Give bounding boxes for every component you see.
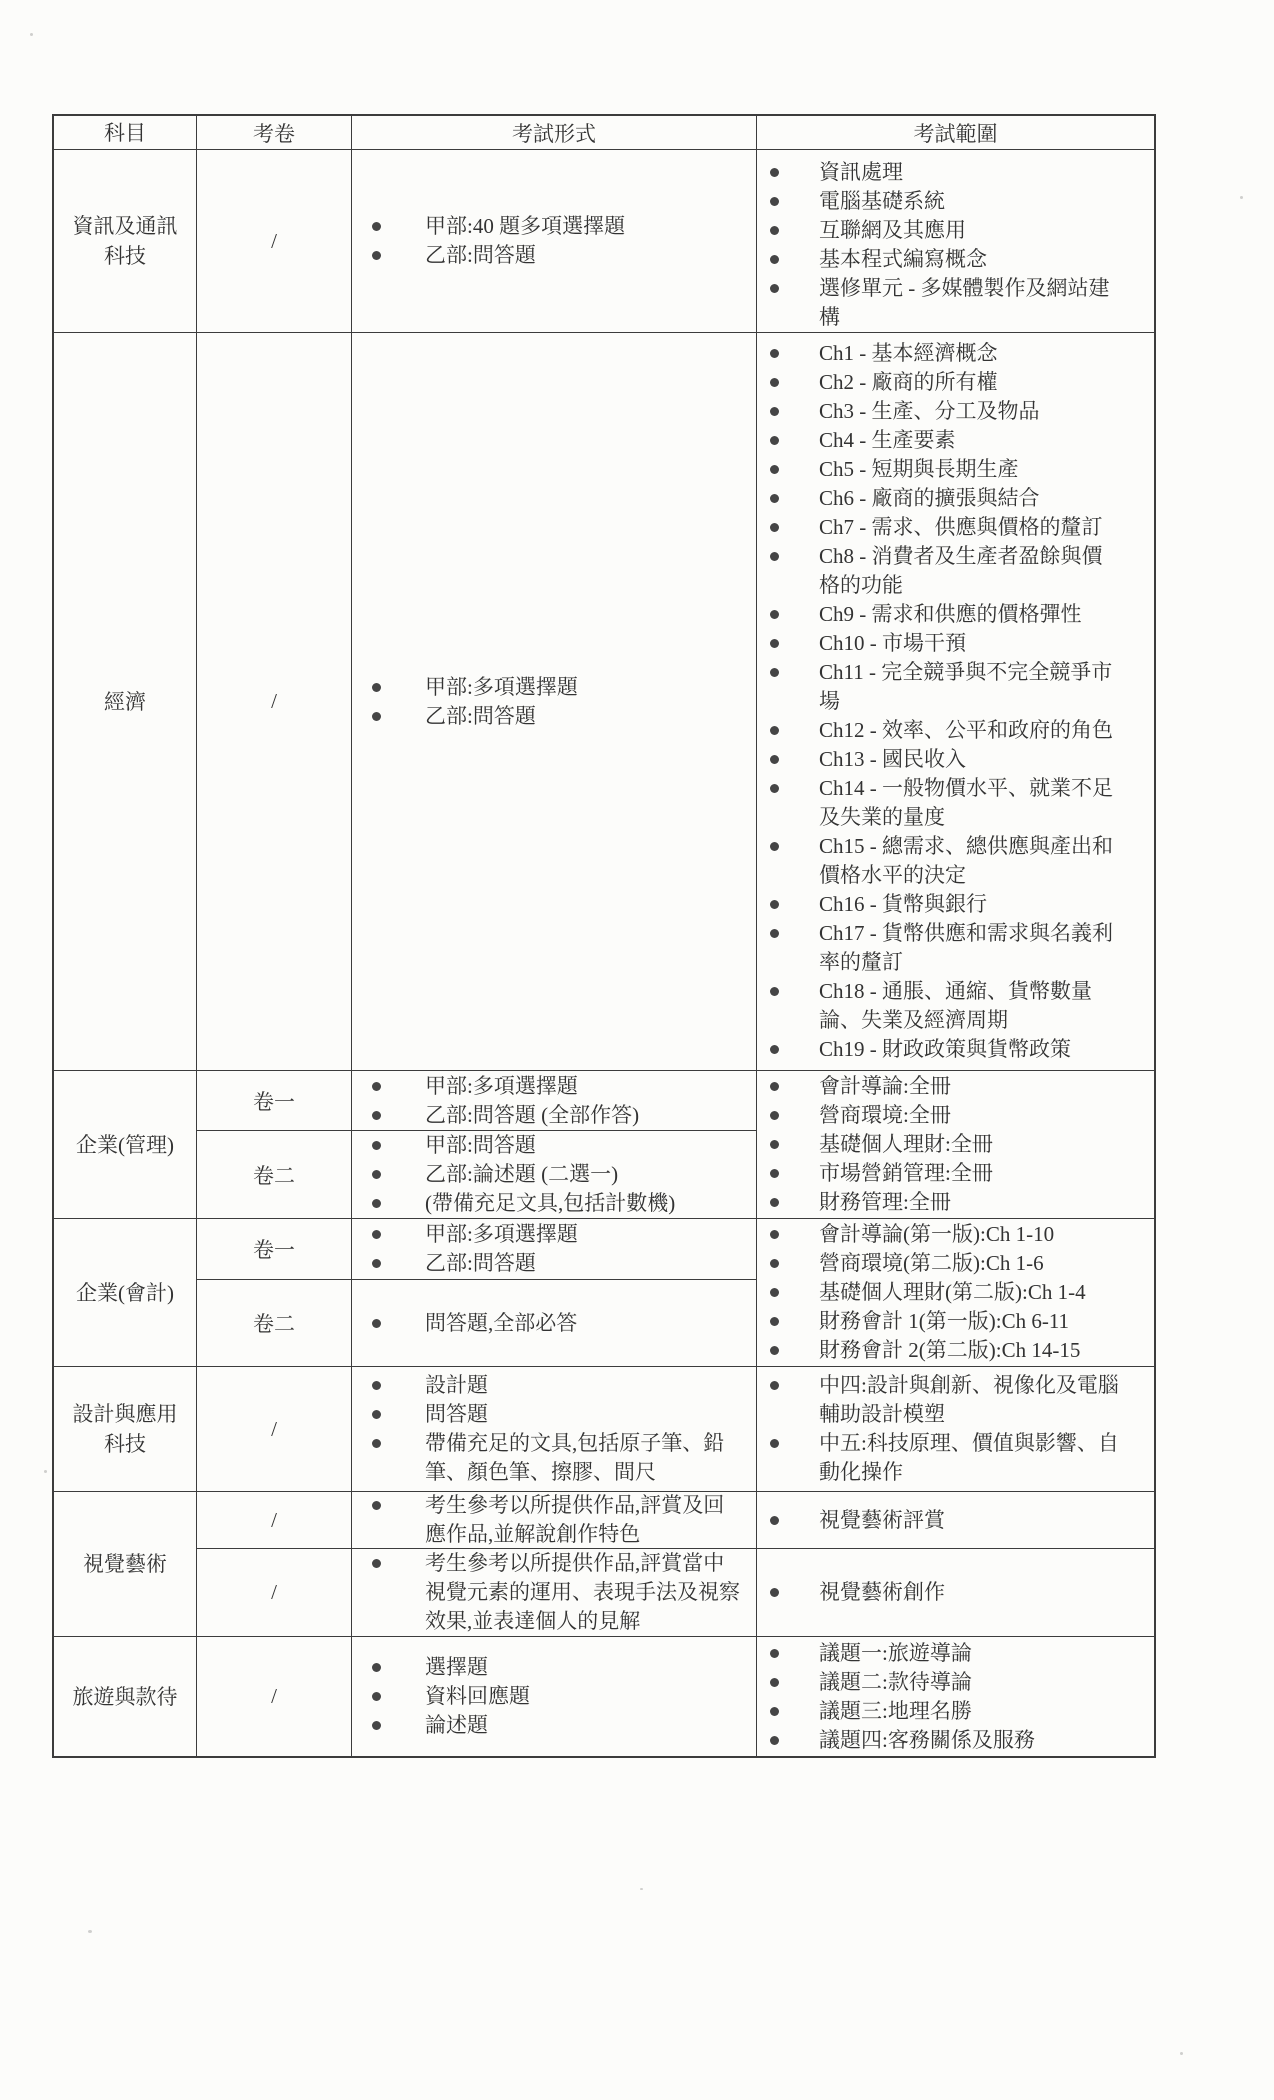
format-cell: 考生參考以所提供作品,評賞及回應作品,並解說創作特色 bbox=[352, 1492, 757, 1548]
paper-cell: 卷二 bbox=[197, 1131, 352, 1218]
scope-item-text: 議題二:款待導論 bbox=[819, 1668, 1121, 1697]
subject-cell: 旅遊與款待 bbox=[54, 1637, 197, 1756]
header-cell-scope: 考試範圍 bbox=[757, 116, 1154, 149]
bullet-icon bbox=[372, 1259, 381, 1268]
scope-item: 議題一:旅遊導論 bbox=[757, 1639, 1154, 1668]
scope-item: Ch19 - 財政政策與貨幣政策 bbox=[757, 1035, 1154, 1064]
paper-subrow: 卷一 甲部:多項選擇題 乙部:問答題 bbox=[197, 1219, 757, 1279]
scope-item: Ch5 - 短期與長期生產 bbox=[757, 455, 1154, 484]
format-item-text: 問答題,全部必答 bbox=[425, 1309, 743, 1338]
scope-item-text: 視覺藝術創作 bbox=[819, 1578, 1121, 1607]
scope-item-text: Ch6 - 廠商的擴張與結合 bbox=[819, 484, 1121, 513]
format-item: 考生參考以所提供作品,評賞及回應作品,並解說創作特色 bbox=[352, 1491, 756, 1549]
bullet-icon bbox=[372, 1381, 381, 1390]
format-item: 設計題 bbox=[352, 1371, 756, 1400]
scope-item: Ch13 - 國民收入 bbox=[757, 745, 1154, 774]
subject-text: 資訊及通訊 bbox=[73, 211, 178, 241]
scope-item-text: 營商環境(第二版):Ch 1-6 bbox=[819, 1249, 1121, 1278]
scope-item-text: Ch4 - 生產要素 bbox=[819, 426, 1121, 455]
format-item: 考生參考以所提供作品,評賞當中視覺元素的運用、表現手法及視察效果,並表達個人的見… bbox=[352, 1549, 756, 1636]
bullet-icon bbox=[770, 465, 779, 474]
format-item: 資料回應題 bbox=[352, 1682, 756, 1711]
paper-text: / bbox=[271, 689, 277, 714]
bullet-icon bbox=[770, 349, 779, 358]
subject-cell: 企業(會計) bbox=[54, 1219, 197, 1366]
paper-cell: / bbox=[197, 150, 352, 332]
format-item-text: 乙部:論述題 (二選一) bbox=[425, 1160, 743, 1189]
bullet-icon bbox=[770, 523, 779, 532]
bullet-icon bbox=[372, 251, 381, 260]
subject-cell: 資訊及通訊 科技 bbox=[54, 150, 197, 332]
scope-item-text: 會計導論:全冊 bbox=[819, 1072, 1121, 1101]
scope-item-text: Ch5 - 短期與長期生產 bbox=[819, 455, 1121, 484]
scope-item-text: Ch18 - 通脹、通縮、貨幣數量論、失業及經濟周期 bbox=[819, 977, 1121, 1035]
bullet-icon bbox=[770, 284, 779, 293]
header-paper-label: 考卷 bbox=[253, 118, 295, 148]
paper-text: 卷二 bbox=[253, 1160, 295, 1190]
format-item: 甲部:問答題 bbox=[352, 1131, 756, 1160]
bullet-icon bbox=[770, 552, 779, 561]
format-cell: 甲部:多項選擇題 乙部:問答題 bbox=[352, 333, 757, 1070]
bullet-icon bbox=[770, 668, 779, 677]
bullet-icon bbox=[770, 784, 779, 793]
scope-cell: 會計導論(第一版):Ch 1-10 營商環境(第二版):Ch 1-6 基礎個人理… bbox=[757, 1219, 1154, 1366]
paper-format-group: 卷一 甲部:多項選擇題 乙部:問答題 卷二 問答題,全部必答 bbox=[197, 1219, 757, 1366]
format-item-text: 問答題 bbox=[425, 1400, 743, 1429]
scope-item: Ch12 - 效率、公平和政府的角色 bbox=[757, 716, 1154, 745]
table-row-business-management: 企業(管理) 卷一 甲部:多項選擇題 乙部:問答題 (全部作答) 卷二 甲部:問… bbox=[54, 1070, 1154, 1218]
header-scope-label: 考試範圍 bbox=[914, 118, 998, 148]
scanned-page: 科目 考卷 考試形式 考試範圍 資訊及通訊 科技 / 甲部:40 題多項選擇題 … bbox=[0, 0, 1274, 2100]
scope-item-text: 議題四:客務關係及服務 bbox=[819, 1726, 1121, 1755]
format-cell: 甲部:40 題多項選擇題 乙部:問答題 bbox=[352, 150, 757, 332]
scope-item-text: 營商環境:全冊 bbox=[819, 1101, 1121, 1130]
format-item-text: 乙部:問答題 bbox=[425, 702, 743, 731]
scope-cell: 議題一:旅遊導論 議題二:款待導論 議題三:地理名勝 議題四:客務關係及服務 bbox=[757, 1637, 1154, 1756]
scope-item-text: Ch19 - 財政政策與貨幣政策 bbox=[819, 1035, 1121, 1064]
scan-speck bbox=[30, 33, 33, 36]
scan-speck bbox=[88, 1930, 92, 1933]
scope-item: 基礎個人理財:全冊 bbox=[757, 1130, 1154, 1159]
bullet-icon bbox=[770, 1439, 779, 1448]
subject-text: 企業(管理) bbox=[76, 1130, 174, 1160]
bullet-icon bbox=[372, 1199, 381, 1208]
format-item: 乙部:問答題 bbox=[352, 1249, 756, 1278]
subject-text: 視覺藝術 bbox=[83, 1549, 167, 1579]
format-item: 帶備充足的文具,包括原子筆、鉛筆、顏色筆、擦膠、間尺 bbox=[352, 1429, 756, 1487]
scope-item: 中五:科技原理、價值與影響、自動化操作 bbox=[757, 1429, 1154, 1487]
paper-subrow: 卷二 甲部:問答題 乙部:論述題 (二選一) (帶備充足文具,包括計數機) bbox=[197, 1130, 757, 1218]
format-item: 問答題 bbox=[352, 1400, 756, 1429]
scope-item-text: 基本程式編寫概念 bbox=[819, 245, 1121, 274]
paper-text: / bbox=[271, 1684, 277, 1709]
scope-item-text: Ch12 - 效率、公平和政府的角色 bbox=[819, 716, 1121, 745]
bullet-icon bbox=[770, 639, 779, 648]
format-item: 甲部:多項選擇題 bbox=[352, 1220, 756, 1249]
bullet-icon bbox=[770, 929, 779, 938]
scope-item: Ch3 - 生產、分工及物品 bbox=[757, 397, 1154, 426]
scope-item: Ch17 - 貨幣供應和需求與名義利率的釐訂 bbox=[757, 919, 1154, 977]
subject-text: 經濟 bbox=[104, 687, 146, 717]
header-cell-subject: 科目 bbox=[54, 116, 197, 149]
bullet-icon bbox=[770, 255, 779, 264]
bullet-icon bbox=[372, 1410, 381, 1419]
format-cell: 甲部:問答題 乙部:論述題 (二選一) (帶備充足文具,包括計數機) bbox=[352, 1131, 757, 1218]
subject-cell: 視覺藝術 bbox=[54, 1492, 197, 1636]
table-row-ict: 資訊及通訊 科技 / 甲部:40 題多項選擇題 乙部:問答題 資訊處理 電腦基礎… bbox=[54, 149, 1154, 332]
scope-item: 基本程式編寫概念 bbox=[757, 245, 1154, 274]
bullet-icon bbox=[770, 226, 779, 235]
scope-item-text: 基礎個人理財(第二版):Ch 1-4 bbox=[819, 1278, 1121, 1307]
scope-item-text: Ch11 - 完全競爭與不完全競爭市場 bbox=[819, 658, 1121, 716]
scope-item-text: Ch16 - 貨幣與銀行 bbox=[819, 890, 1121, 919]
scan-speck bbox=[640, 1888, 643, 1890]
bullet-icon bbox=[372, 1721, 381, 1730]
format-cell: 選擇題 資料回應題 論述題 bbox=[352, 1637, 757, 1756]
format-item-text: 資料回應題 bbox=[425, 1682, 743, 1711]
format-item: 乙部:論述題 (二選一) bbox=[352, 1160, 756, 1189]
header-cell-paper: 考卷 bbox=[197, 116, 352, 149]
scope-item: Ch2 - 廠商的所有權 bbox=[757, 368, 1154, 397]
scope-item: Ch18 - 通脹、通縮、貨幣數量論、失業及經濟周期 bbox=[757, 977, 1154, 1035]
scope-item-text: 中五:科技原理、價值與影響、自動化操作 bbox=[819, 1429, 1137, 1487]
scope-item-text: Ch9 - 需求和供應的價格彈性 bbox=[819, 600, 1121, 629]
scan-speck bbox=[1240, 196, 1243, 199]
scope-item-text: Ch1 - 基本經濟概念 bbox=[819, 339, 1121, 368]
bullet-icon bbox=[770, 1169, 779, 1178]
format-item-text: 甲部:多項選擇題 bbox=[425, 1220, 743, 1249]
format-item-text: 考生參考以所提供作品,評賞當中視覺元素的運用、表現手法及視察效果,並表達個人的見… bbox=[425, 1549, 743, 1636]
table-row-tourism-hospitality: 旅遊與款待 / 選擇題 資料回應題 論述題 議題一:旅遊導論 議題二:款待導論 … bbox=[54, 1636, 1154, 1756]
format-item: (帶備充足文具,包括計數機) bbox=[352, 1189, 756, 1218]
paper-cell: / bbox=[197, 1367, 352, 1491]
scope-item: 基礎個人理財(第二版):Ch 1-4 bbox=[757, 1278, 1154, 1307]
scope-item: 會計導論:全冊 bbox=[757, 1072, 1154, 1101]
format-item-text: 甲部:40 題多項選擇題 bbox=[425, 212, 743, 241]
paper-subrow: 卷二 問答題,全部必答 bbox=[197, 1279, 757, 1366]
format-item-text: 選擇題 bbox=[425, 1653, 743, 1682]
bullet-icon bbox=[770, 197, 779, 206]
scope-item: 市場營銷管理:全冊 bbox=[757, 1159, 1154, 1188]
bullet-icon bbox=[372, 222, 381, 231]
paper-cell: / bbox=[197, 333, 352, 1070]
format-item: 甲部:多項選擇題 bbox=[352, 1072, 756, 1101]
bullet-icon bbox=[770, 436, 779, 445]
scope-item-text: Ch15 - 總需求、總供應與產出和價格水平的決定 bbox=[819, 832, 1121, 890]
scope-item: Ch15 - 總需求、總供應與產出和價格水平的決定 bbox=[757, 832, 1154, 890]
format-item-text: 甲部:多項選擇題 bbox=[425, 1072, 743, 1101]
scope-item: 互聯網及其應用 bbox=[757, 216, 1154, 245]
bullet-icon bbox=[770, 1707, 779, 1716]
bullet-icon bbox=[770, 168, 779, 177]
scope-item-text: Ch2 - 廠商的所有權 bbox=[819, 368, 1121, 397]
scope-item-text: Ch3 - 生產、分工及物品 bbox=[819, 397, 1121, 426]
scope-item-text: Ch7 - 需求、供應與價格的釐訂 bbox=[819, 513, 1121, 542]
scope-cell: 視覺藝術創作 bbox=[757, 1549, 1154, 1636]
paper-subrow: / 考生參考以所提供作品,評賞及回應作品,並解說創作特色 視覺藝術評賞 bbox=[197, 1492, 1154, 1548]
scope-item: Ch14 - 一般物價水平、就業不足及失業的量度 bbox=[757, 774, 1154, 832]
paper-cell: 卷一 bbox=[197, 1219, 352, 1279]
subject-text: 科技 bbox=[104, 241, 146, 271]
bullet-icon bbox=[770, 1198, 779, 1207]
paper-text: 卷二 bbox=[253, 1308, 295, 1338]
scope-item: 議題三:地理名勝 bbox=[757, 1697, 1154, 1726]
bullet-icon bbox=[770, 1045, 779, 1054]
format-item: 甲部:40 題多項選擇題 bbox=[352, 212, 756, 241]
scope-item-text: 財務管理:全冊 bbox=[819, 1188, 1121, 1217]
table-header-row: 科目 考卷 考試形式 考試範圍 bbox=[54, 116, 1154, 149]
bullet-icon bbox=[372, 1170, 381, 1179]
format-cell: 設計題 問答題 帶備充足的文具,包括原子筆、鉛筆、顏色筆、擦膠、間尺 bbox=[352, 1367, 757, 1491]
scope-item-text: 財務會計 1(第一版):Ch 6-11 bbox=[819, 1307, 1121, 1336]
paper-cell: / bbox=[197, 1492, 352, 1548]
paper-text: 卷一 bbox=[253, 1234, 295, 1264]
format-item-text: 考生參考以所提供作品,評賞及回應作品,並解說創作特色 bbox=[425, 1491, 743, 1549]
format-item-text: 乙部:問答題 (全部作答) bbox=[425, 1101, 743, 1130]
paper-cell: 卷二 bbox=[197, 1280, 352, 1366]
scope-item: 選修單元 - 多媒體製作及網站建構 bbox=[757, 274, 1154, 332]
scope-item-text: Ch17 - 貨幣供應和需求與名義利率的釐訂 bbox=[819, 919, 1121, 977]
scope-item-text: 資訊處理 bbox=[819, 158, 1121, 187]
paper-format-scope-group: / 考生參考以所提供作品,評賞及回應作品,並解說創作特色 視覺藝術評賞 / 考生… bbox=[197, 1492, 1154, 1636]
scope-item-text: 電腦基礎系統 bbox=[819, 187, 1121, 216]
scope-item: 議題四:客務關係及服務 bbox=[757, 1726, 1154, 1755]
paper-subrow: / 考生參考以所提供作品,評賞當中視覺元素的運用、表現手法及視察效果,並表達個人… bbox=[197, 1548, 1154, 1636]
bullet-icon bbox=[372, 1692, 381, 1701]
table-row-visual-arts: 視覺藝術 / 考生參考以所提供作品,評賞及回應作品,並解說創作特色 視覺藝術評賞… bbox=[54, 1491, 1154, 1636]
scan-speck bbox=[44, 1470, 47, 1473]
scope-item-text: 財務會計 2(第二版):Ch 14-15 bbox=[819, 1336, 1121, 1365]
bullet-icon bbox=[770, 1317, 779, 1326]
scope-item: 資訊處理 bbox=[757, 158, 1154, 187]
paper-text: / bbox=[271, 229, 277, 254]
format-item-text: 乙部:問答題 bbox=[425, 1249, 743, 1278]
bullet-icon bbox=[770, 755, 779, 764]
format-item: 選擇題 bbox=[352, 1653, 756, 1682]
scope-item-text: 市場營銷管理:全冊 bbox=[819, 1159, 1121, 1188]
paper-cell: 卷一 bbox=[197, 1071, 352, 1130]
format-item-text: 設計題 bbox=[425, 1371, 743, 1400]
scope-item-text: Ch8 - 消費者及生產者盈餘與價格的功能 bbox=[819, 542, 1121, 600]
format-cell: 問答題,全部必答 bbox=[352, 1280, 757, 1366]
scope-item-text: 會計導論(第一版):Ch 1-10 bbox=[819, 1220, 1121, 1249]
scope-cell: Ch1 - 基本經濟概念 Ch2 - 廠商的所有權 Ch3 - 生產、分工及物品… bbox=[757, 333, 1154, 1070]
format-item-text: 論述題 bbox=[425, 1711, 743, 1740]
format-cell: 甲部:多項選擇題 乙部:問答題 bbox=[352, 1219, 757, 1279]
scope-item-text: 中四:設計與創新、視像化及電腦輔助設計模塑 bbox=[819, 1371, 1137, 1429]
bullet-icon bbox=[770, 842, 779, 851]
header-subject-label: 科目 bbox=[104, 118, 146, 148]
header-cell-format: 考試形式 bbox=[352, 116, 757, 149]
paper-format-group: 卷一 甲部:多項選擇題 乙部:問答題 (全部作答) 卷二 甲部:問答題 乙部:論… bbox=[197, 1071, 757, 1218]
subject-text: 科技 bbox=[104, 1429, 146, 1459]
scope-item-text: 議題三:地理名勝 bbox=[819, 1697, 1121, 1726]
format-cell: 甲部:多項選擇題 乙部:問答題 (全部作答) bbox=[352, 1071, 757, 1130]
scope-item-text: 議題一:旅遊導論 bbox=[819, 1639, 1121, 1668]
bullet-icon bbox=[770, 1678, 779, 1687]
subject-cell: 經濟 bbox=[54, 333, 197, 1070]
scope-item-text: 視覺藝術評賞 bbox=[819, 1506, 1121, 1535]
paper-text: / bbox=[271, 1508, 277, 1533]
scope-item: 財務會計 1(第一版):Ch 6-11 bbox=[757, 1307, 1154, 1336]
format-item-text: 乙部:問答題 bbox=[425, 241, 743, 270]
scan-speck bbox=[1180, 2052, 1183, 2055]
bullet-icon bbox=[770, 1111, 779, 1120]
scope-item: 財務管理:全冊 bbox=[757, 1188, 1154, 1217]
bullet-icon bbox=[372, 1663, 381, 1672]
header-format-label: 考試形式 bbox=[512, 118, 596, 148]
scope-item: Ch10 - 市場干預 bbox=[757, 629, 1154, 658]
scope-item: Ch7 - 需求、供應與價格的釐訂 bbox=[757, 513, 1154, 542]
paper-subrow: 卷一 甲部:多項選擇題 乙部:問答題 (全部作答) bbox=[197, 1071, 757, 1130]
paper-text: / bbox=[271, 1417, 277, 1442]
format-item: 乙部:問答題 bbox=[352, 241, 756, 270]
bullet-icon bbox=[372, 1501, 381, 1510]
scope-item: 營商環境(第二版):Ch 1-6 bbox=[757, 1249, 1154, 1278]
format-item-text: (帶備充足文具,包括計數機) bbox=[425, 1189, 743, 1218]
bullet-icon bbox=[372, 1111, 381, 1120]
format-item: 甲部:多項選擇題 bbox=[352, 673, 756, 702]
scope-item: 議題二:款待導論 bbox=[757, 1668, 1154, 1697]
bullet-icon bbox=[770, 1346, 779, 1355]
bullet-icon bbox=[770, 494, 779, 503]
scope-item: 會計導論(第一版):Ch 1-10 bbox=[757, 1220, 1154, 1249]
exam-syllabus-table: 科目 考卷 考試形式 考試範圍 資訊及通訊 科技 / 甲部:40 題多項選擇題 … bbox=[52, 114, 1156, 1758]
bullet-icon bbox=[372, 1082, 381, 1091]
format-item-text: 帶備充足的文具,包括原子筆、鉛筆、顏色筆、擦膠、間尺 bbox=[425, 1429, 743, 1487]
scope-item-text: Ch10 - 市場干預 bbox=[819, 629, 1121, 658]
scope-item: 視覺藝術評賞 bbox=[757, 1506, 1154, 1535]
subject-text: 旅遊與款待 bbox=[73, 1682, 178, 1712]
paper-cell: / bbox=[197, 1549, 352, 1636]
bullet-icon bbox=[770, 987, 779, 996]
scope-cell: 中四:設計與創新、視像化及電腦輔助設計模塑 中五:科技原理、價值與影響、自動化操… bbox=[757, 1367, 1154, 1491]
bullet-icon bbox=[770, 1381, 779, 1390]
bullet-icon bbox=[770, 900, 779, 909]
bullet-icon bbox=[770, 1288, 779, 1297]
scope-cell: 視覺藝術評賞 bbox=[757, 1492, 1154, 1548]
subject-text: 設計與應用 bbox=[73, 1399, 178, 1429]
format-item-text: 甲部:多項選擇題 bbox=[425, 673, 743, 702]
scope-item: Ch11 - 完全競爭與不完全競爭市場 bbox=[757, 658, 1154, 716]
scope-item: Ch4 - 生產要素 bbox=[757, 426, 1154, 455]
bullet-icon bbox=[770, 1230, 779, 1239]
bullet-icon bbox=[372, 1230, 381, 1239]
scope-item-text: 選修單元 - 多媒體製作及網站建構 bbox=[819, 274, 1121, 332]
bullet-icon bbox=[770, 378, 779, 387]
bullet-icon bbox=[770, 1736, 779, 1745]
table-row-economics: 經濟 / 甲部:多項選擇題 乙部:問答題 Ch1 - 基本經濟概念 Ch2 - … bbox=[54, 332, 1154, 1070]
table-row-design-applied-tech: 設計與應用 科技 / 設計題 問答題 帶備充足的文具,包括原子筆、鉛筆、顏色筆、… bbox=[54, 1366, 1154, 1491]
bullet-icon bbox=[770, 1649, 779, 1658]
scope-item-text: Ch13 - 國民收入 bbox=[819, 745, 1121, 774]
paper-text: / bbox=[271, 1580, 277, 1605]
format-item: 問答題,全部必答 bbox=[352, 1309, 756, 1338]
subject-text: 企業(會計) bbox=[76, 1278, 174, 1308]
scope-item: 營商環境:全冊 bbox=[757, 1101, 1154, 1130]
scope-item: Ch1 - 基本經濟概念 bbox=[757, 339, 1154, 368]
format-item: 乙部:問答題 bbox=[352, 702, 756, 731]
scope-item: 視覺藝術創作 bbox=[757, 1578, 1154, 1607]
bullet-icon bbox=[770, 1140, 779, 1149]
bullet-icon bbox=[770, 726, 779, 735]
scope-cell: 資訊處理 電腦基礎系統 互聯網及其應用 基本程式編寫概念 選修單元 - 多媒體製… bbox=[757, 150, 1154, 332]
scope-item: 中四:設計與創新、視像化及電腦輔助設計模塑 bbox=[757, 1371, 1154, 1429]
scope-item: Ch9 - 需求和供應的價格彈性 bbox=[757, 600, 1154, 629]
scope-item: Ch6 - 廠商的擴張與結合 bbox=[757, 484, 1154, 513]
bullet-icon bbox=[372, 1439, 381, 1448]
bullet-icon bbox=[372, 683, 381, 692]
paper-cell: / bbox=[197, 1637, 352, 1756]
bullet-icon bbox=[372, 712, 381, 721]
scope-item: 財務會計 2(第二版):Ch 14-15 bbox=[757, 1336, 1154, 1365]
scope-item-text: Ch14 - 一般物價水平、就業不足及失業的量度 bbox=[819, 774, 1121, 832]
bullet-icon bbox=[770, 407, 779, 416]
format-item: 論述題 bbox=[352, 1711, 756, 1740]
scope-item: 電腦基礎系統 bbox=[757, 187, 1154, 216]
bullet-icon bbox=[372, 1141, 381, 1150]
bullet-icon bbox=[770, 1516, 779, 1525]
scope-item-text: 基礎個人理財:全冊 bbox=[819, 1130, 1121, 1159]
bullet-icon bbox=[770, 1588, 779, 1597]
format-item: 乙部:問答題 (全部作答) bbox=[352, 1101, 756, 1130]
scope-item: Ch8 - 消費者及生產者盈餘與價格的功能 bbox=[757, 542, 1154, 600]
bullet-icon bbox=[372, 1319, 381, 1328]
subject-cell: 設計與應用 科技 bbox=[54, 1367, 197, 1491]
scope-item: Ch16 - 貨幣與銀行 bbox=[757, 890, 1154, 919]
bullet-icon bbox=[770, 1082, 779, 1091]
format-item-text: 甲部:問答題 bbox=[425, 1131, 743, 1160]
table-row-business-accounting: 企業(會計) 卷一 甲部:多項選擇題 乙部:問答題 卷二 問答題,全部必答 bbox=[54, 1218, 1154, 1366]
bullet-icon bbox=[770, 1259, 779, 1268]
bullet-icon bbox=[372, 1559, 381, 1568]
scope-cell: 會計導論:全冊 營商環境:全冊 基礎個人理財:全冊 市場營銷管理:全冊 財務管理… bbox=[757, 1071, 1154, 1218]
format-cell: 考生參考以所提供作品,評賞當中視覺元素的運用、表現手法及視察效果,並表達個人的見… bbox=[352, 1549, 757, 1636]
bullet-icon bbox=[770, 610, 779, 619]
paper-text: 卷一 bbox=[253, 1086, 295, 1116]
subject-cell: 企業(管理) bbox=[54, 1071, 197, 1218]
scope-item-text: 互聯網及其應用 bbox=[819, 216, 1121, 245]
